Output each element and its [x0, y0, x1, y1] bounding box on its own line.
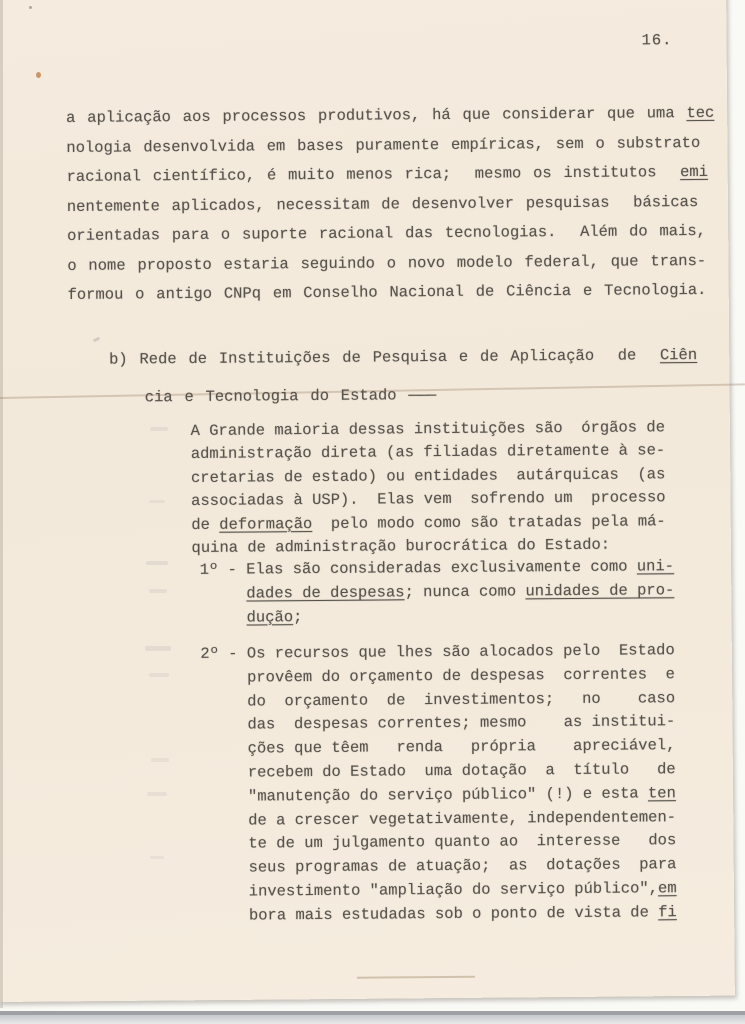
- section-heading-b: b) Rede de Instituições de Pesquisa e de…: [109, 336, 698, 417]
- text-line: associadas à USP). Elas vem sofrendo um …: [191, 486, 666, 513]
- text-line: a aplicação aos processos produtivos, há…: [66, 99, 714, 134]
- text-line: racional científico, é muito menos rica;…: [66, 158, 714, 193]
- page-number: 16.: [641, 31, 672, 49]
- text-line: recebem do Estado uma dotação a título d…: [201, 758, 676, 786]
- text-line: investimento "ampliação do serviço públi…: [202, 877, 677, 905]
- list-item-1: 1º - Elas são consideradas exclusivament…: [200, 555, 675, 630]
- text-line: b) Rede de Instituições de Pesquisa e de…: [109, 336, 697, 379]
- list-item-2: 2º - Os recursos que lhes são alocados p…: [200, 639, 677, 928]
- text-line: dades de despesas; nunca como unidades d…: [200, 579, 675, 607]
- text-line: dução;: [200, 603, 675, 631]
- text-line: administração direta (as filiadas direta…: [191, 440, 666, 467]
- scanned-document-page: 16. a aplicação aos processos produtivos…: [0, 0, 745, 1024]
- typewritten-text-layer: 16. a aplicação aos processos produtivos…: [0, 0, 745, 1024]
- paragraph-main: a aplicação aos processos produtivos, há…: [66, 99, 716, 311]
- text-line: 2º - Os recursos que lhes são alocados p…: [200, 639, 675, 667]
- faint-bottom-mark: [357, 976, 475, 979]
- text-line: bora mais estudadas sob o ponto de vista…: [202, 901, 677, 929]
- text-line: provêem do orçamento de despesas corrent…: [200, 663, 675, 691]
- scan-edge-bottom-band: [0, 1015, 745, 1024]
- text-line: 1º - Elas são consideradas exclusivament…: [200, 555, 675, 583]
- text-line: orientadas para o suporte racional das t…: [67, 217, 715, 252]
- text-line: "manutenção do serviço público" (!) e es…: [201, 782, 676, 810]
- text-line: cia e Tecnologia do Estado ———: [109, 374, 697, 417]
- paragraph-institutions: A Grande maioria dessas instituições são…: [191, 416, 666, 560]
- text-line: formou o antigo CNPq em Conselho Naciona…: [67, 276, 715, 311]
